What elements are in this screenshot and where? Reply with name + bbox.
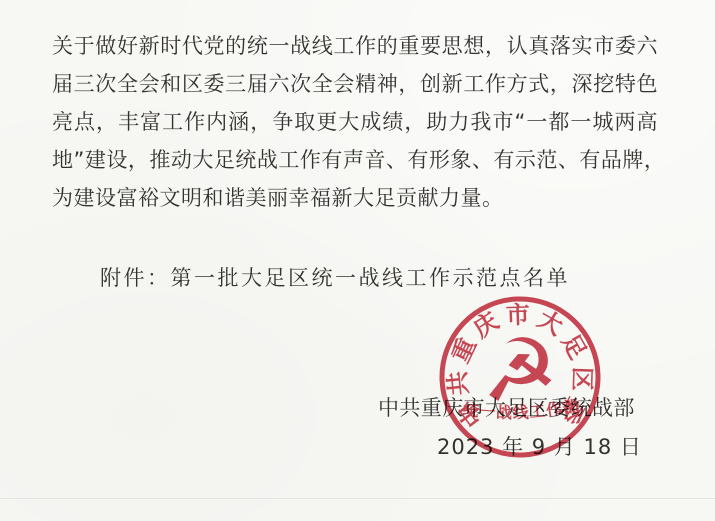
body-line-4: 地”建设，推动大足统战工作有声音、有形象、有示范、有品牌，: [52, 141, 658, 179]
document-body: 关于做好新时代党的统一战线工作的重要思想，认真落实市委六 届三次全会和区委三届六…: [52, 27, 658, 217]
seal-graphic: 中共重庆市大足区委 ☭ 统一战线工作部: [427, 284, 613, 470]
seal-arc-char: 区: [568, 366, 597, 391]
scanned-document-page: 关于做好新时代党的统一战线工作的重要思想，认真落实市委六 届三次全会和区委三届六…: [0, 0, 715, 521]
body-line-1: 关于做好新时代党的统一战线工作的重要思想，认真落实市委六: [52, 27, 658, 65]
body-line-5: 为建设富裕文明和谐美丽幸福新大足贡献力量。: [52, 179, 658, 217]
scan-edge-line: [0, 498, 715, 499]
official-seal: 中共重庆市大足区委 ☭ 统一战线工作部: [427, 284, 613, 470]
body-line-3: 亮点，丰富工作内涵，争取更大成绩，助力我市“一都一城两高: [52, 103, 658, 141]
seal-arc-char: 共: [443, 370, 473, 397]
body-line-2: 届三次全会和区委三届六次全会精神，创新工作方式，深挖特色: [52, 65, 658, 103]
